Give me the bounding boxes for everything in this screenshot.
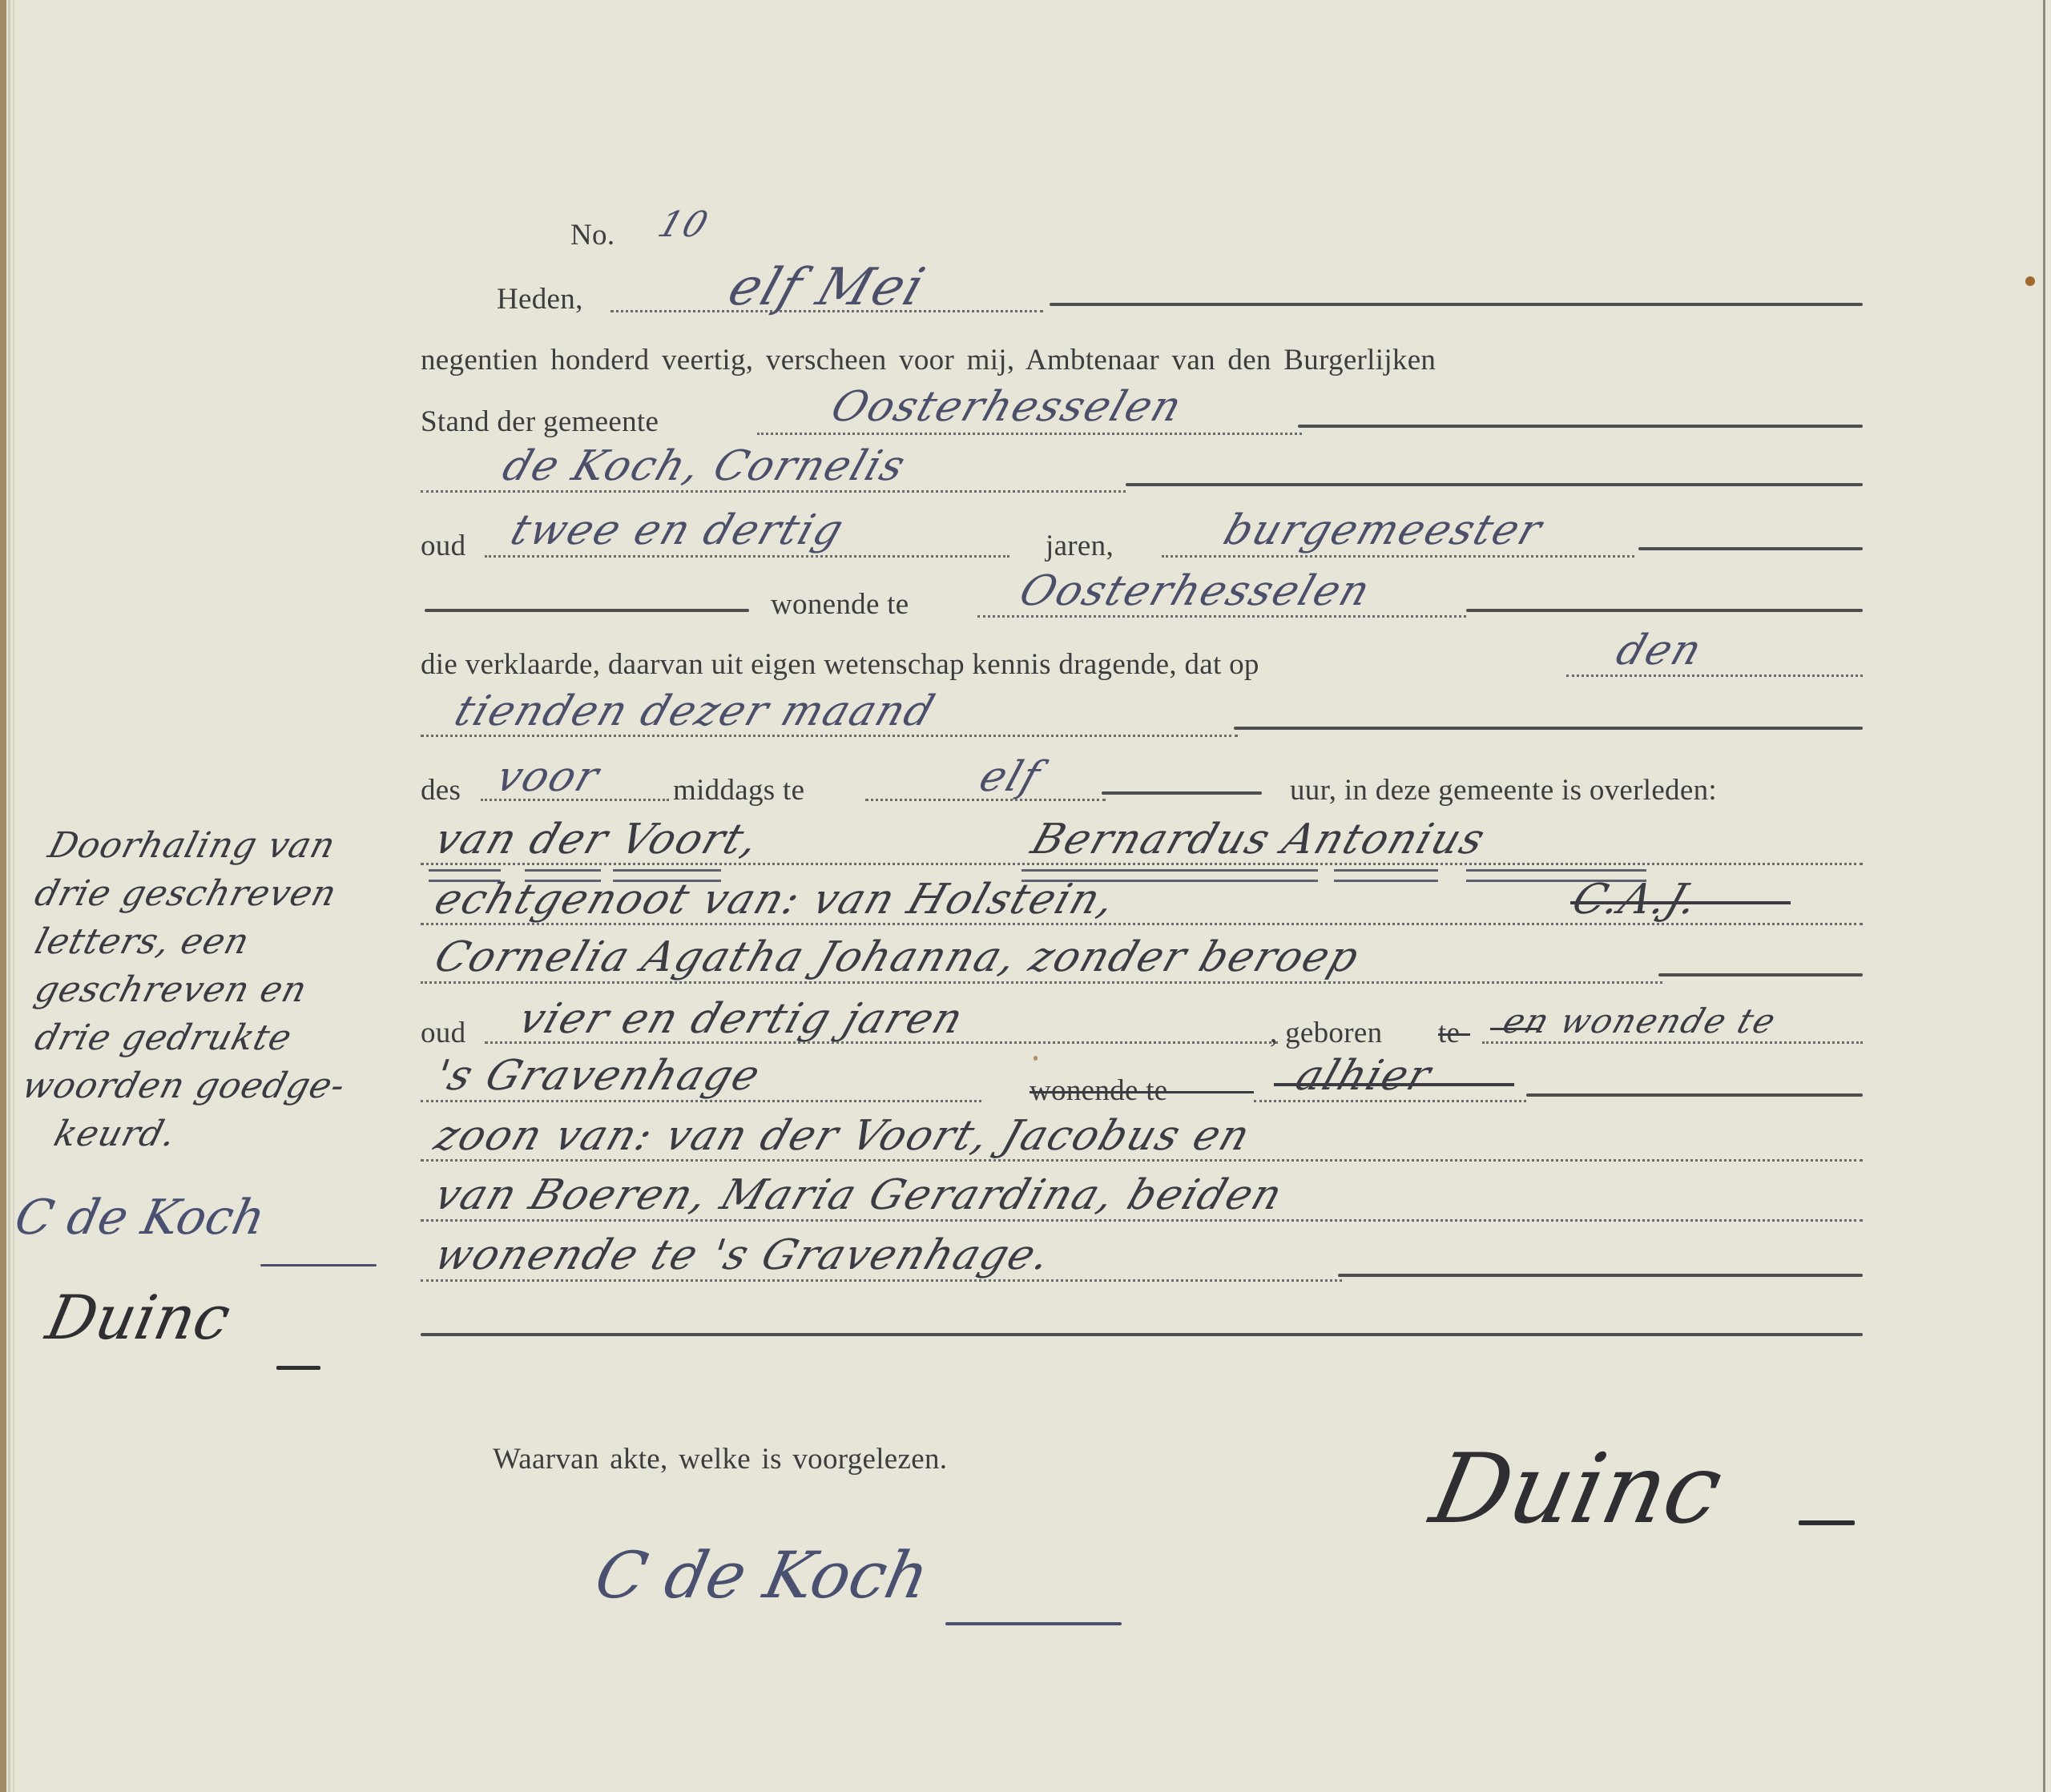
fill-line [421,1333,1863,1336]
closing-text: Waarvan akte, welke is voorgelezen. [493,1442,947,1476]
heden-date-value: elf Mei [721,258,933,317]
dotted-fill-line [421,1100,981,1102]
strikethrough [1438,1033,1470,1036]
declarant-name: de Koch, Cornelis [497,442,913,490]
fill-line [1638,547,1863,550]
fill-line [1526,1093,1863,1097]
des-label: des [421,773,461,807]
fill-line [425,609,749,612]
declarant-occupation: burgemeester [1218,506,1549,554]
dotted-fill-line [1566,675,1863,677]
parents-line-2: van Boeren, Maria Gerardina, beiden [429,1171,1289,1219]
uur-line: uur, in deze gemeente is overleden: [1290,773,1717,807]
stand-label: Stand der gemeente [421,405,659,439]
paper-stain [2025,276,2035,286]
parents-line-1: zoon van: van der Voort, Jacobus en [429,1112,1257,1160]
fill-line [1466,609,1863,612]
double-underline [1334,869,1438,882]
dotted-fill-line [421,1279,1342,1282]
spouse-line-2: Cornelia Agatha Johanna, zonder beroep [429,933,1366,981]
margin-note-line: Doorhaling van [44,825,340,866]
dotted-fill-line [421,981,1662,984]
dotted-fill-line [1482,1041,1863,1044]
record-number: 10 [653,204,715,245]
strikethrough [1030,1091,1254,1093]
declarant-age: twee en dertig [505,506,851,554]
strikethrough [1274,1083,1514,1086]
declarant-signature: C de Koch [589,1538,936,1613]
signature-underline [260,1264,377,1266]
des-value: voor [490,753,606,801]
margin-note-line: geschreven en [30,969,312,1010]
year-line: negentien honderd veertig, verscheen voo… [421,343,1436,377]
fill-line [1234,727,1863,730]
margin-declarant-signature: C de Koch [10,1190,270,1246]
dotted-fill-line [757,433,1302,435]
page-binding-edge [0,0,6,1792]
dotted-fill-line [485,555,1009,558]
deceased-surname: van der Voort, [429,815,766,864]
page-margin-line [8,0,10,1792]
record-number-label: No. [570,218,614,252]
dotted-fill-line [1254,1100,1526,1102]
dotted-fill-line [421,490,1126,493]
strikethrough [1570,901,1791,904]
margin-note-line: drie geschreven [30,873,341,914]
heden-label: Heden, [497,282,583,316]
official-signature: Duinc [1422,1434,1731,1545]
fill-line [1102,791,1262,795]
dotted-fill-line [977,615,1466,618]
hour-value: elf [973,753,1047,801]
paper-stain [1034,1056,1038,1061]
middags-label: middags te [673,773,804,807]
margin-note-line: drie gedrukte [30,1017,296,1058]
margin-official-signature: Duinc [41,1282,237,1353]
wonende-label: wonende te [771,587,909,622]
dotted-fill-line [1162,555,1634,558]
fill-line [1338,1274,1863,1277]
parents-line-3: wonende te 's Gravenhage. [429,1231,1058,1279]
margin-note-line: letters, een [30,921,254,962]
dotted-fill-line [421,1219,1863,1222]
gemeente-value: Oosterhesselen [825,383,1189,431]
signature-underline [276,1366,320,1370]
fill-line [1050,303,1863,306]
fill-line [1658,973,1863,977]
declarant-residence: Oosterhesselen [1013,567,1377,615]
date-value-1: den [1610,626,1709,675]
date-value-2: tienden dezer maand [449,687,941,735]
deceased-given-names: Bernardus Antonius [1025,815,1492,864]
birthplace: 's Gravenhage [429,1052,768,1100]
strikethrough [1490,1028,1538,1030]
deceased-oud-label: oud [421,1016,465,1050]
fill-line [1298,425,1863,428]
spouse-initials-struck: C.A.J. [1566,876,1705,924]
deceased-age: vier en dertig jaren [513,995,970,1043]
signature-underline [945,1622,1122,1625]
geboren-struck-value: en wonende te [1498,1001,1782,1041]
verklaarde-line: die verklaarde, daarvan uit eigen wetens… [421,647,1259,682]
margin-note-line: woorden goedge- [18,1065,350,1106]
page-right-edge [2043,0,2045,1792]
margin-note-line: keurd. [50,1113,181,1154]
geboren-label: , geboren [1270,1016,1382,1050]
page-margin-line [13,0,14,1792]
oud-label: oud [421,529,465,563]
signature-underline [1799,1520,1855,1525]
fill-line [1126,483,1863,486]
spouse-line-1: echtgenoot van: van Holstein, [429,876,1122,924]
wonende-struck-value: alhier [1290,1052,1438,1100]
jaren-label: jaren, [1046,529,1114,563]
